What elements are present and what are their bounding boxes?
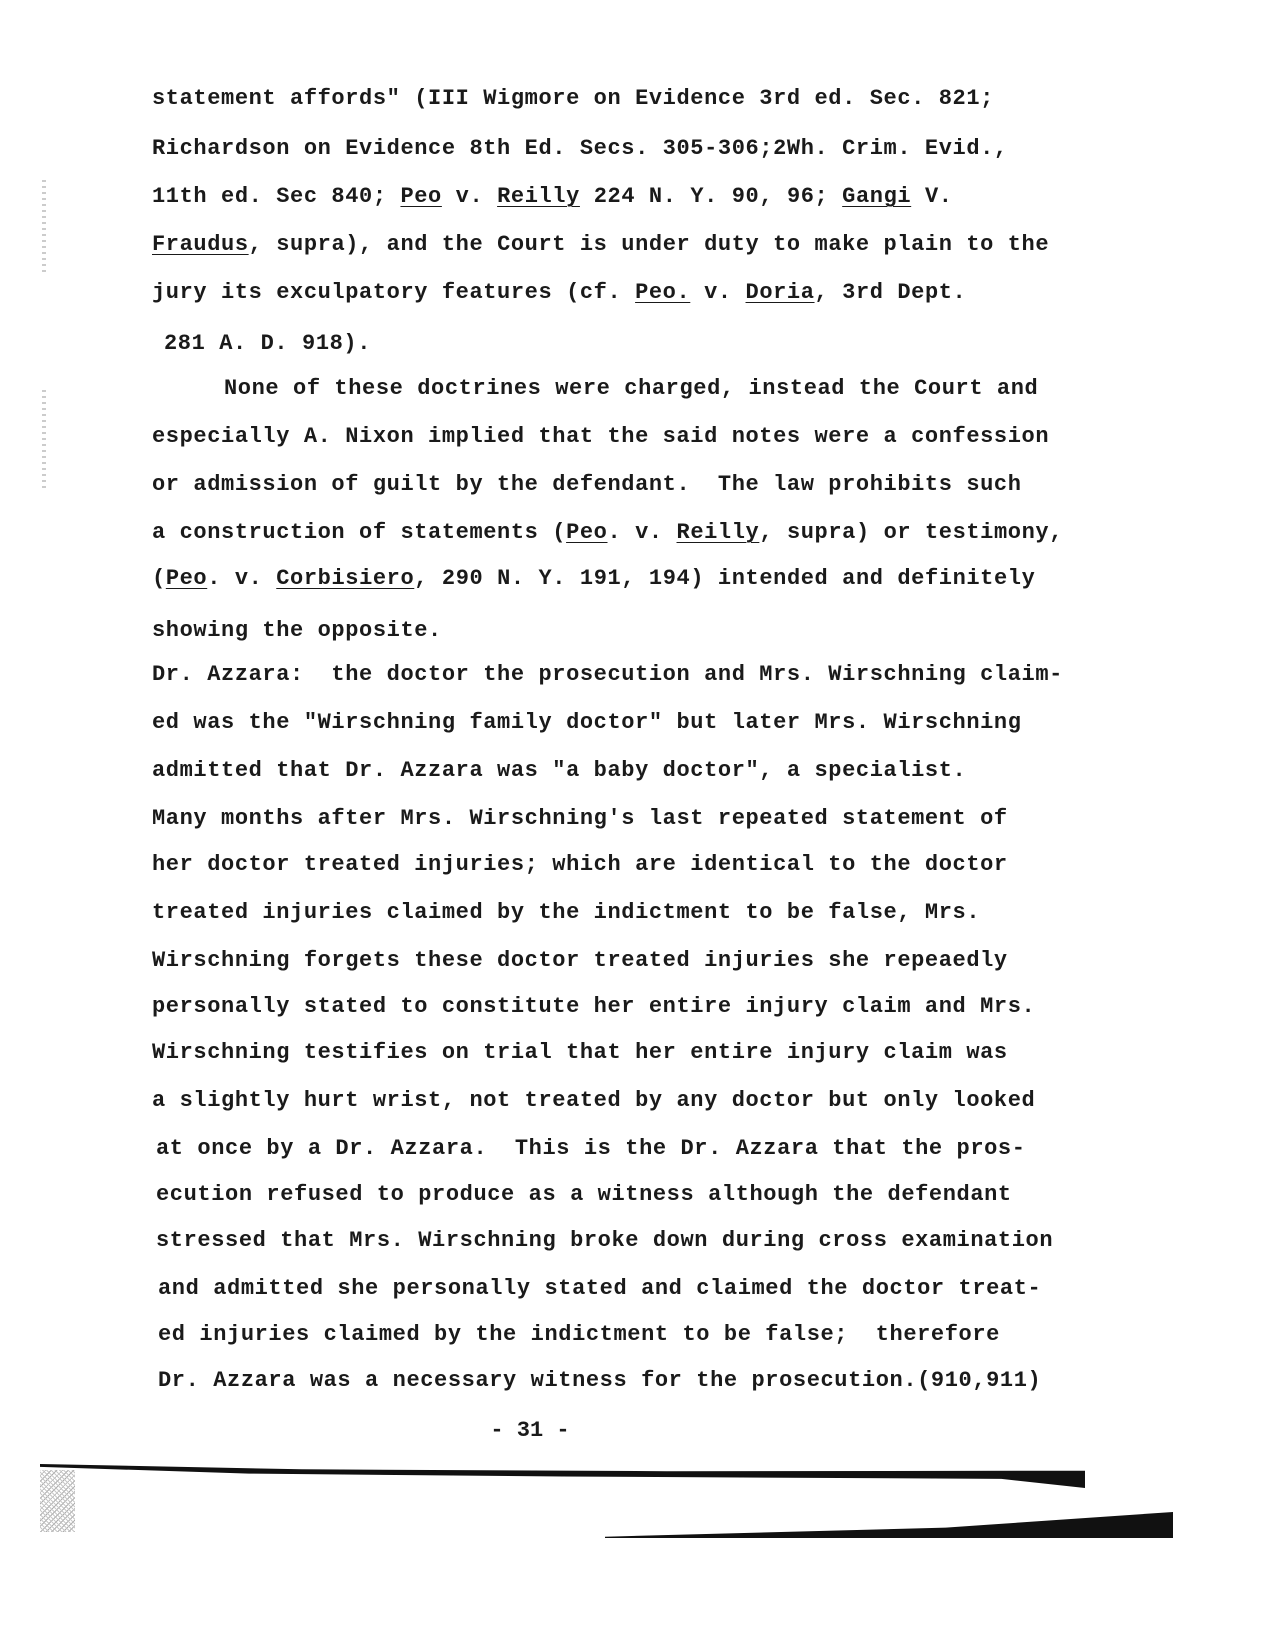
- text-segment: a construction of statements (: [152, 520, 566, 545]
- text-segment: Many months after Mrs. Wirschning's last…: [152, 806, 1008, 831]
- text-segment: stressed that Mrs. Wirschning broke down…: [156, 1228, 1053, 1253]
- text-line: stressed that Mrs. Wirschning broke down…: [156, 1226, 1053, 1256]
- text-segment: , 3rd Dept.: [815, 280, 967, 305]
- text-segment: personally stated to constitute her enti…: [152, 994, 1035, 1019]
- text-line: personally stated to constitute her enti…: [152, 992, 1035, 1022]
- case-citation: Doria: [746, 280, 815, 305]
- text-line: ed was the "Wirschning family doctor" bu…: [152, 708, 1022, 738]
- case-citation: Gangi: [842, 184, 911, 209]
- text-line: Fraudus, supra), and the Court is under …: [152, 230, 1049, 260]
- text-segment: at once by a Dr. Azzara. This is the Dr.…: [156, 1136, 1026, 1161]
- text-line: Dr. Azzara: the doctor the prosecution a…: [152, 660, 1063, 690]
- scan-noise: [40, 1470, 75, 1532]
- text-segment: ed injuries claimed by the indictment to…: [158, 1322, 1000, 1347]
- text-segment: v.: [690, 280, 745, 305]
- text-segment: admitted that Dr. Azzara was "a baby doc…: [152, 758, 966, 783]
- text-line: especially A. Nixon implied that the sai…: [152, 422, 1049, 452]
- text-segment: Dr. Azzara: the doctor the prosecution a…: [152, 662, 1063, 687]
- text-segment: , supra), and the Court is under duty to…: [249, 232, 1050, 257]
- text-line: ed injuries claimed by the indictment to…: [158, 1320, 1000, 1350]
- scan-edge-shadow-bottom: [605, 1512, 1173, 1538]
- text-line: treated injuries claimed by the indictme…: [152, 898, 980, 928]
- case-citation: Peo: [566, 520, 607, 545]
- text-line: Many months after Mrs. Wirschning's last…: [152, 804, 1008, 834]
- text-line: Wirschning testifies on trial that her e…: [152, 1038, 1008, 1068]
- text-segment: her doctor treated injuries; which are i…: [152, 852, 1008, 877]
- case-citation: Reilly: [677, 520, 760, 545]
- text-segment: (: [152, 566, 166, 591]
- scan-artifact: [42, 390, 46, 490]
- text-line: statement affords" (III Wigmore on Evide…: [152, 84, 994, 114]
- text-segment: 281 A. D. 918).: [164, 331, 371, 356]
- text-segment: jury its exculpatory features (cf.: [152, 280, 635, 305]
- text-segment: or admission of guilt by the defendant. …: [152, 472, 1022, 497]
- text-line: Wirschning forgets these doctor treated …: [152, 946, 1008, 976]
- scan-edge-shadow-top: [40, 1464, 1085, 1488]
- text-line: jury its exculpatory features (cf. Peo. …: [152, 278, 966, 308]
- text-segment: None of these doctrines were charged, in…: [224, 376, 1038, 401]
- text-line: 11th ed. Sec 840; Peo v. Reilly 224 N. Y…: [152, 182, 953, 212]
- text-line: Richardson on Evidence 8th Ed. Secs. 305…: [152, 134, 1008, 164]
- text-segment: V.: [911, 184, 952, 209]
- text-segment: 224 N. Y. 90, 96;: [580, 184, 842, 209]
- case-citation: Peo.: [635, 280, 690, 305]
- text-line: at once by a Dr. Azzara. This is the Dr.…: [156, 1134, 1026, 1164]
- text-segment: Wirschning forgets these doctor treated …: [152, 948, 1008, 973]
- text-segment: treated injuries claimed by the indictme…: [152, 900, 980, 925]
- text-line: 281 A. D. 918).: [164, 329, 371, 359]
- text-segment: Wirschning testifies on trial that her e…: [152, 1040, 1008, 1065]
- text-line: admitted that Dr. Azzara was "a baby doc…: [152, 756, 966, 786]
- text-segment: a slightly hurt wrist, not treated by an…: [152, 1088, 1035, 1113]
- text-segment: ecution refused to produce as a witness …: [156, 1182, 1012, 1207]
- scan-artifact: [42, 180, 46, 275]
- case-citation: Peo: [400, 184, 441, 209]
- text-line: or admission of guilt by the defendant. …: [152, 470, 1022, 500]
- text-segment: 11th ed. Sec 840;: [152, 184, 400, 209]
- text-segment: v.: [442, 184, 497, 209]
- text-segment: especially A. Nixon implied that the sai…: [152, 424, 1049, 449]
- text-line: a construction of statements (Peo. v. Re…: [152, 518, 1063, 548]
- text-line: Dr. Azzara was a necessary witness for t…: [158, 1366, 1041, 1396]
- case-citation: Fraudus: [152, 232, 249, 257]
- text-segment: Dr. Azzara was a necessary witness for t…: [158, 1368, 1041, 1393]
- page-number: - 31 -: [490, 1418, 570, 1443]
- text-segment: Richardson on Evidence 8th Ed. Secs. 305…: [152, 136, 1008, 161]
- text-segment: and admitted she personally stated and c…: [158, 1276, 1041, 1301]
- text-segment: . v.: [207, 566, 276, 591]
- scanned-document-page: statement affords" (III Wigmore on Evide…: [0, 0, 1275, 1650]
- text-line: None of these doctrines were charged, in…: [224, 374, 1038, 404]
- case-citation: Corbisiero: [276, 566, 414, 591]
- case-citation: Peo: [166, 566, 207, 591]
- text-segment: . v.: [608, 520, 677, 545]
- text-line: showing the opposite.: [152, 616, 442, 646]
- text-line: ecution refused to produce as a witness …: [156, 1180, 1012, 1210]
- text-line: a slightly hurt wrist, not treated by an…: [152, 1086, 1035, 1116]
- text-line: her doctor treated injuries; which are i…: [152, 850, 1008, 880]
- text-segment: showing the opposite.: [152, 618, 442, 643]
- case-citation: Reilly: [497, 184, 580, 209]
- text-segment: ed was the "Wirschning family doctor" bu…: [152, 710, 1022, 735]
- text-segment: , 290 N. Y. 191, 194) intended and defin…: [414, 566, 1035, 591]
- text-segment: statement affords" (III Wigmore on Evide…: [152, 86, 994, 111]
- text-segment: , supra) or testimony,: [759, 520, 1063, 545]
- text-line: (Peo. v. Corbisiero, 290 N. Y. 191, 194)…: [152, 564, 1035, 594]
- text-line: and admitted she personally stated and c…: [158, 1274, 1041, 1304]
